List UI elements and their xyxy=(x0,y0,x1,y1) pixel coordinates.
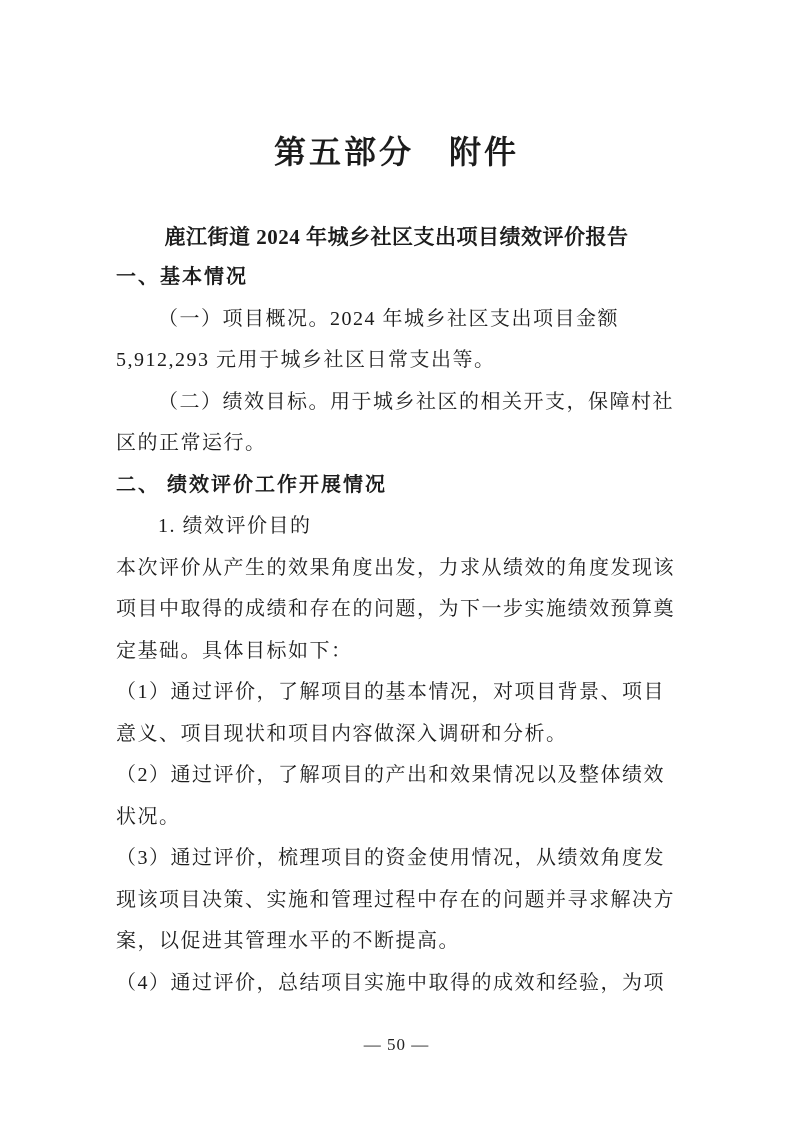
section2-subheading: 1. 绩效评价目的 xyxy=(116,506,678,548)
section1-line-1: （一）项目概况。2024 年城乡社区支出项目金额 xyxy=(116,299,678,341)
section2-line-1: 本次评价从产生的效果角度出发，力求从绩效的角度发现该 xyxy=(116,548,678,590)
section2-line-9: 现该项目决策、实施和管理过程中存在的问题并寻求解决方 xyxy=(116,880,678,922)
section2-line-7: 状况。 xyxy=(116,797,678,839)
page-number: — 50 — xyxy=(0,1035,793,1055)
section2-line-2: 项目中取得的成绩和存在的问题，为下一步实施绩效预算奠 xyxy=(116,589,678,631)
section1-heading: 一、基本情况 xyxy=(116,257,678,299)
section1-line-4: 区的正常运行。 xyxy=(116,423,678,465)
section2-line-4: （1）通过评价，了解项目的基本情况，对项目背景、项目 xyxy=(116,672,678,714)
report-body: 一、基本情况 （一）项目概况。2024 年城乡社区支出项目金额 5,912,29… xyxy=(116,257,678,1004)
section2-line-6: （2）通过评价，了解项目的产出和效果情况以及整体绩效 xyxy=(116,755,678,797)
section2-line-11: （4）通过评价，总结项目实施中取得的成效和经验，为项 xyxy=(116,963,678,1005)
document-page: 第五部分 附件 鹿江街道 2024 年城乡社区支出项目绩效评价报告 一、基本情况… xyxy=(0,0,793,1122)
section2-line-10: 案，以促进其管理水平的不断提高。 xyxy=(116,921,678,963)
section2-line-8: （3）通过评价，梳理项目的资金使用情况，从绩效角度发 xyxy=(116,838,678,880)
section2-line-3: 定基础。具体目标如下： xyxy=(116,631,678,673)
section1-line-2: 5,912,293 元用于城乡社区日常支出等。 xyxy=(116,340,678,382)
report-title: 鹿江街道 2024 年城乡社区支出项目绩效评价报告 xyxy=(0,221,793,253)
part-title: 第五部分 附件 xyxy=(0,130,793,174)
section1-line-3: （二）绩效目标。用于城乡社区的相关开支，保障村社 xyxy=(116,382,678,424)
section2-heading: 二、 绩效评价工作开展情况 xyxy=(116,465,678,507)
section2-line-5: 意义、项目现状和项目内容做深入调研和分析。 xyxy=(116,714,678,756)
